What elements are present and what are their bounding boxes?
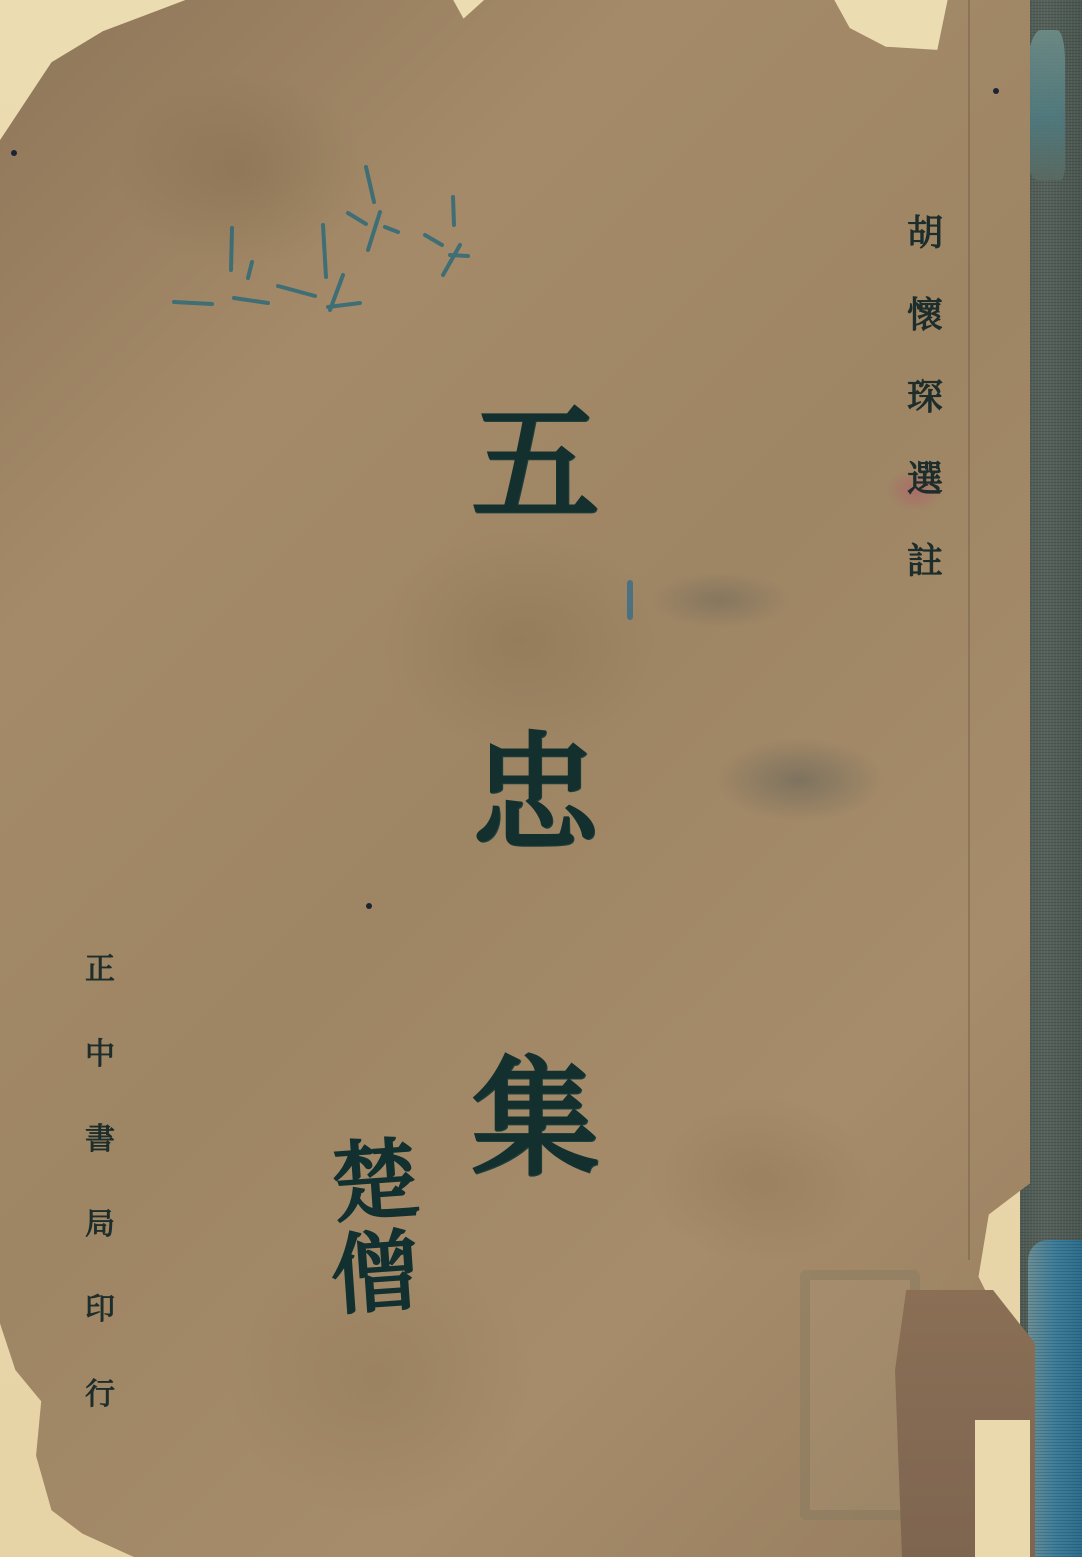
spine-tear: [1025, 30, 1065, 180]
publisher-char: 正: [85, 955, 115, 985]
exposed-backing: [975, 1420, 1030, 1557]
publisher-char: 書: [85, 1125, 115, 1155]
author-credit: 胡 懷 琛 選 註: [890, 215, 960, 579]
signature-char: 僧: [328, 1224, 422, 1322]
title-char: 集: [440, 1055, 630, 1183]
title-char: 五: [440, 400, 630, 528]
ink-dot: [993, 88, 999, 94]
publisher-char: 行: [85, 1380, 115, 1410]
fold-crease: [968, 0, 970, 1260]
author-char: 懷: [907, 297, 943, 333]
handwritten-pencil-marks-icon: [160, 150, 480, 330]
ink-dot: [366, 903, 372, 909]
author-char: 註: [907, 543, 943, 579]
calligrapher-signature: 楚 僧: [320, 1135, 430, 1320]
title-char: 忠: [440, 730, 630, 858]
spine-blue-cloth: [1028, 1240, 1082, 1557]
signature-char: 楚: [328, 1132, 422, 1230]
author-char: 琛: [907, 379, 943, 415]
author-char: 胡: [907, 215, 943, 251]
blue-ink-mark: [627, 580, 633, 620]
publisher-char: 局: [85, 1210, 115, 1240]
ink-dot: [11, 150, 17, 156]
publisher-char: 中: [85, 1040, 115, 1070]
publisher-imprint: 正 中 書 局 印 行: [70, 955, 130, 1410]
author-char: 選: [907, 461, 943, 497]
publisher-char: 印: [85, 1295, 115, 1325]
